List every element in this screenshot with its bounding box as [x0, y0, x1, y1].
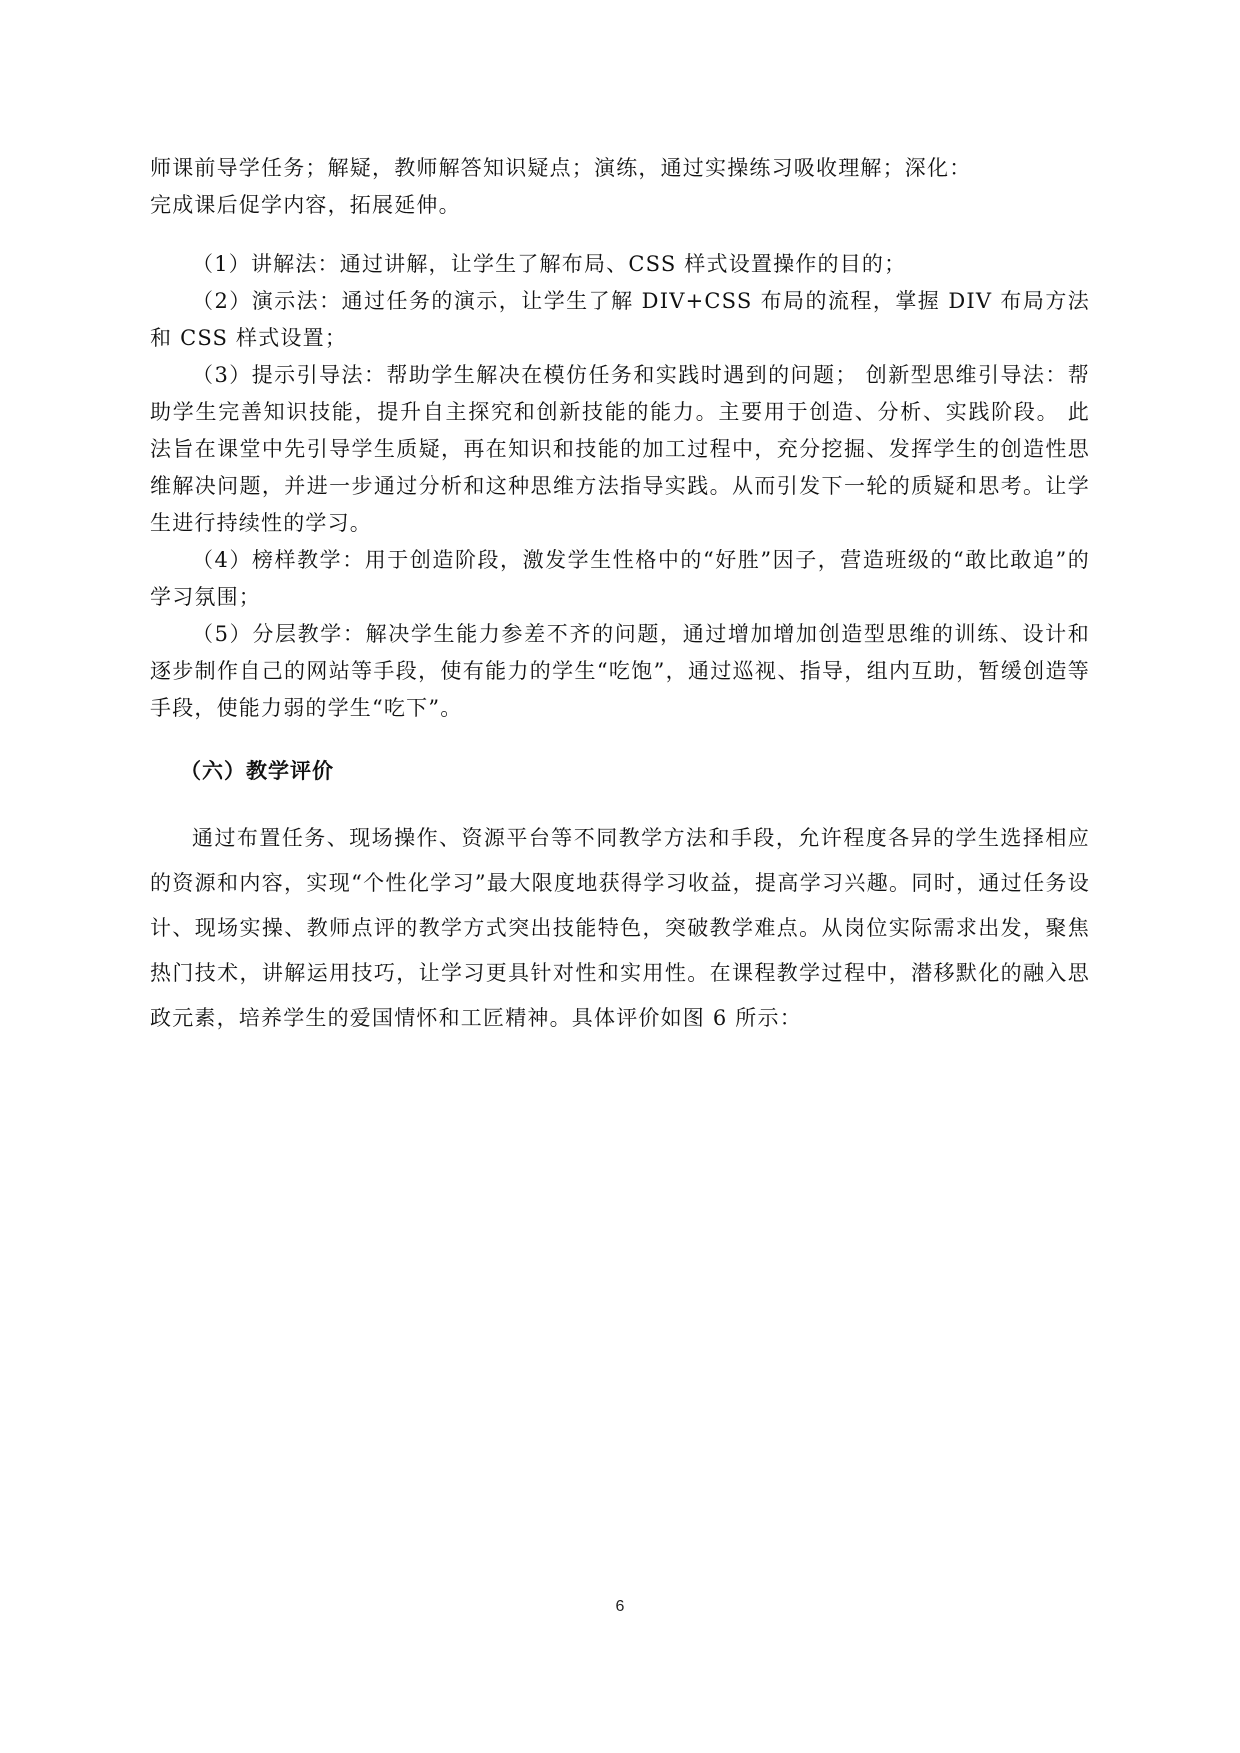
section-heading-teaching-evaluation: （六）教学评价 [150, 753, 1090, 790]
method-item-role-model: （4）榜样教学：用于创造阶段，激发学生性格中的“好胜”因子，营造班级的“敢比敢追… [150, 542, 1090, 616]
evaluation-section: 通过布置任务、现场操作、资源平台等不同教学方法和手段，允许程度各异的学生选择相应… [150, 816, 1090, 1041]
intro-paragraph: 师课前导学任务；解疑，教师解答知识疑点；演练，通过实操练习吸收理解；深化： 完成… [150, 150, 1090, 224]
method-item-demonstration: （2）演示法：通过任务的演示，让学生了解 DIV+CSS 布局的流程，掌握 DI… [150, 283, 1090, 357]
intro-line-2: 完成课后促学内容，拓展延伸。 [150, 187, 1090, 224]
method-item-tiered-teaching: （5）分层教学：解决学生能力参差不齐的问题，通过增加增加创造型思维的训练、设计和… [150, 616, 1090, 727]
method-item-lecture: （1）讲解法：通过讲解，让学生了解布局、CSS 样式设置操作的目的； [150, 246, 1090, 283]
evaluation-paragraph: 通过布置任务、现场操作、资源平台等不同教学方法和手段，允许程度各异的学生选择相应… [150, 816, 1090, 1041]
page-number: 6 [0, 1598, 1240, 1616]
intro-line-1: 师课前导学任务；解疑，教师解答知识疑点；演练，通过实操练习吸收理解；深化： [150, 150, 1090, 187]
method-item-guided-prompting: （3）提示引导法：帮助学生解决在模仿任务和实践时遇到的问题； 创新型思维引导法：… [150, 357, 1090, 542]
teaching-methods-list: （1）讲解法：通过讲解，让学生了解布局、CSS 样式设置操作的目的； （2）演示… [150, 246, 1090, 727]
document-page: 师课前导学任务；解疑，教师解答知识疑点；演练，通过实操练习吸收理解；深化： 完成… [150, 150, 1090, 1041]
